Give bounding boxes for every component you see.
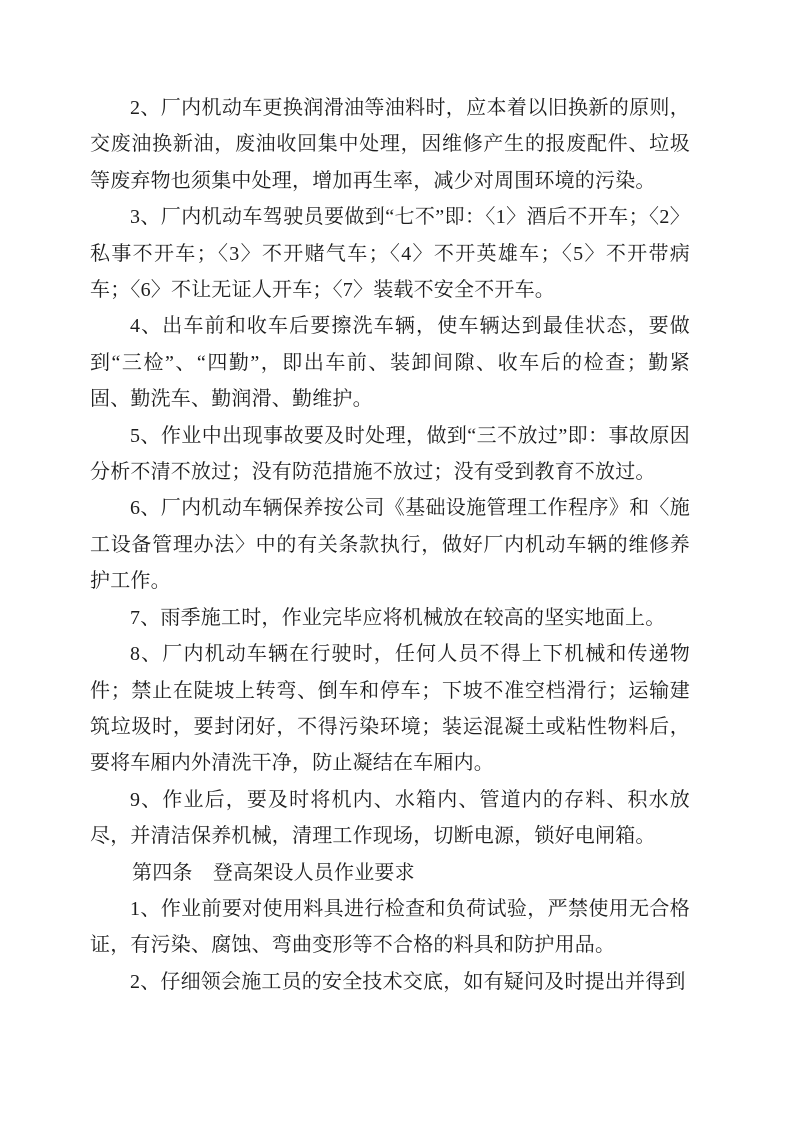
paragraph-rule-3: 3、厂内机动车驾驶员要做到“七不”即：〈1〉酒后不开车；〈2〉私事不开车；〈3〉… xyxy=(90,199,690,308)
paragraph-rule-5: 5、作业中出现事故要及时处理，做到“三不放过”即：事故原因分析不清不放过；没有防… xyxy=(90,418,690,491)
paragraph-rule-2: 2、厂内机动车更换润滑油等油料时，应本着以旧换新的原则，交废油换新油，废油收回集… xyxy=(90,90,690,199)
document-page: 2、厂内机动车更换润滑油等油料时，应本着以旧换新的原则，交废油换新油，废油收回集… xyxy=(0,0,793,1122)
section-heading-article-4: 第四条 登高架设人员作业要求 xyxy=(90,855,690,891)
paragraph-article4-rule-2: 2、仔细领会施工员的安全技术交底，如有疑问及时提出并得到 xyxy=(90,964,690,1000)
paragraph-rule-6: 6、厂内机动车辆保养按公司《基础设施管理工作程序》和〈施工设备管理办法〉中的有关… xyxy=(90,490,690,599)
paragraph-rule-9: 9、作业后，要及时将机内、水箱内、管道内的存料、积水放尽，并清洁保养机械，清理工… xyxy=(90,782,690,855)
paragraph-rule-7: 7、雨季施工时，作业完毕应将机械放在较高的坚实地面上。 xyxy=(90,600,690,636)
paragraph-rule-4: 4、出车前和收车后要擦洗车辆，使车辆达到最佳状态，要做到“三检”、“四勤”，即出… xyxy=(90,308,690,417)
document-body: 2、厂内机动车更换润滑油等油料时，应本着以旧换新的原则，交废油换新油，废油收回集… xyxy=(90,90,690,1000)
paragraph-rule-8: 8、厂内机动车辆在行驶时，任何人员不得上下机械和传递物件；禁止在陡坡上转弯、倒车… xyxy=(90,636,690,782)
paragraph-article4-rule-1: 1、作业前要对使用料具进行检查和负荷试验，严禁使用无合格证，有污染、腐蚀、弯曲变… xyxy=(90,891,690,964)
